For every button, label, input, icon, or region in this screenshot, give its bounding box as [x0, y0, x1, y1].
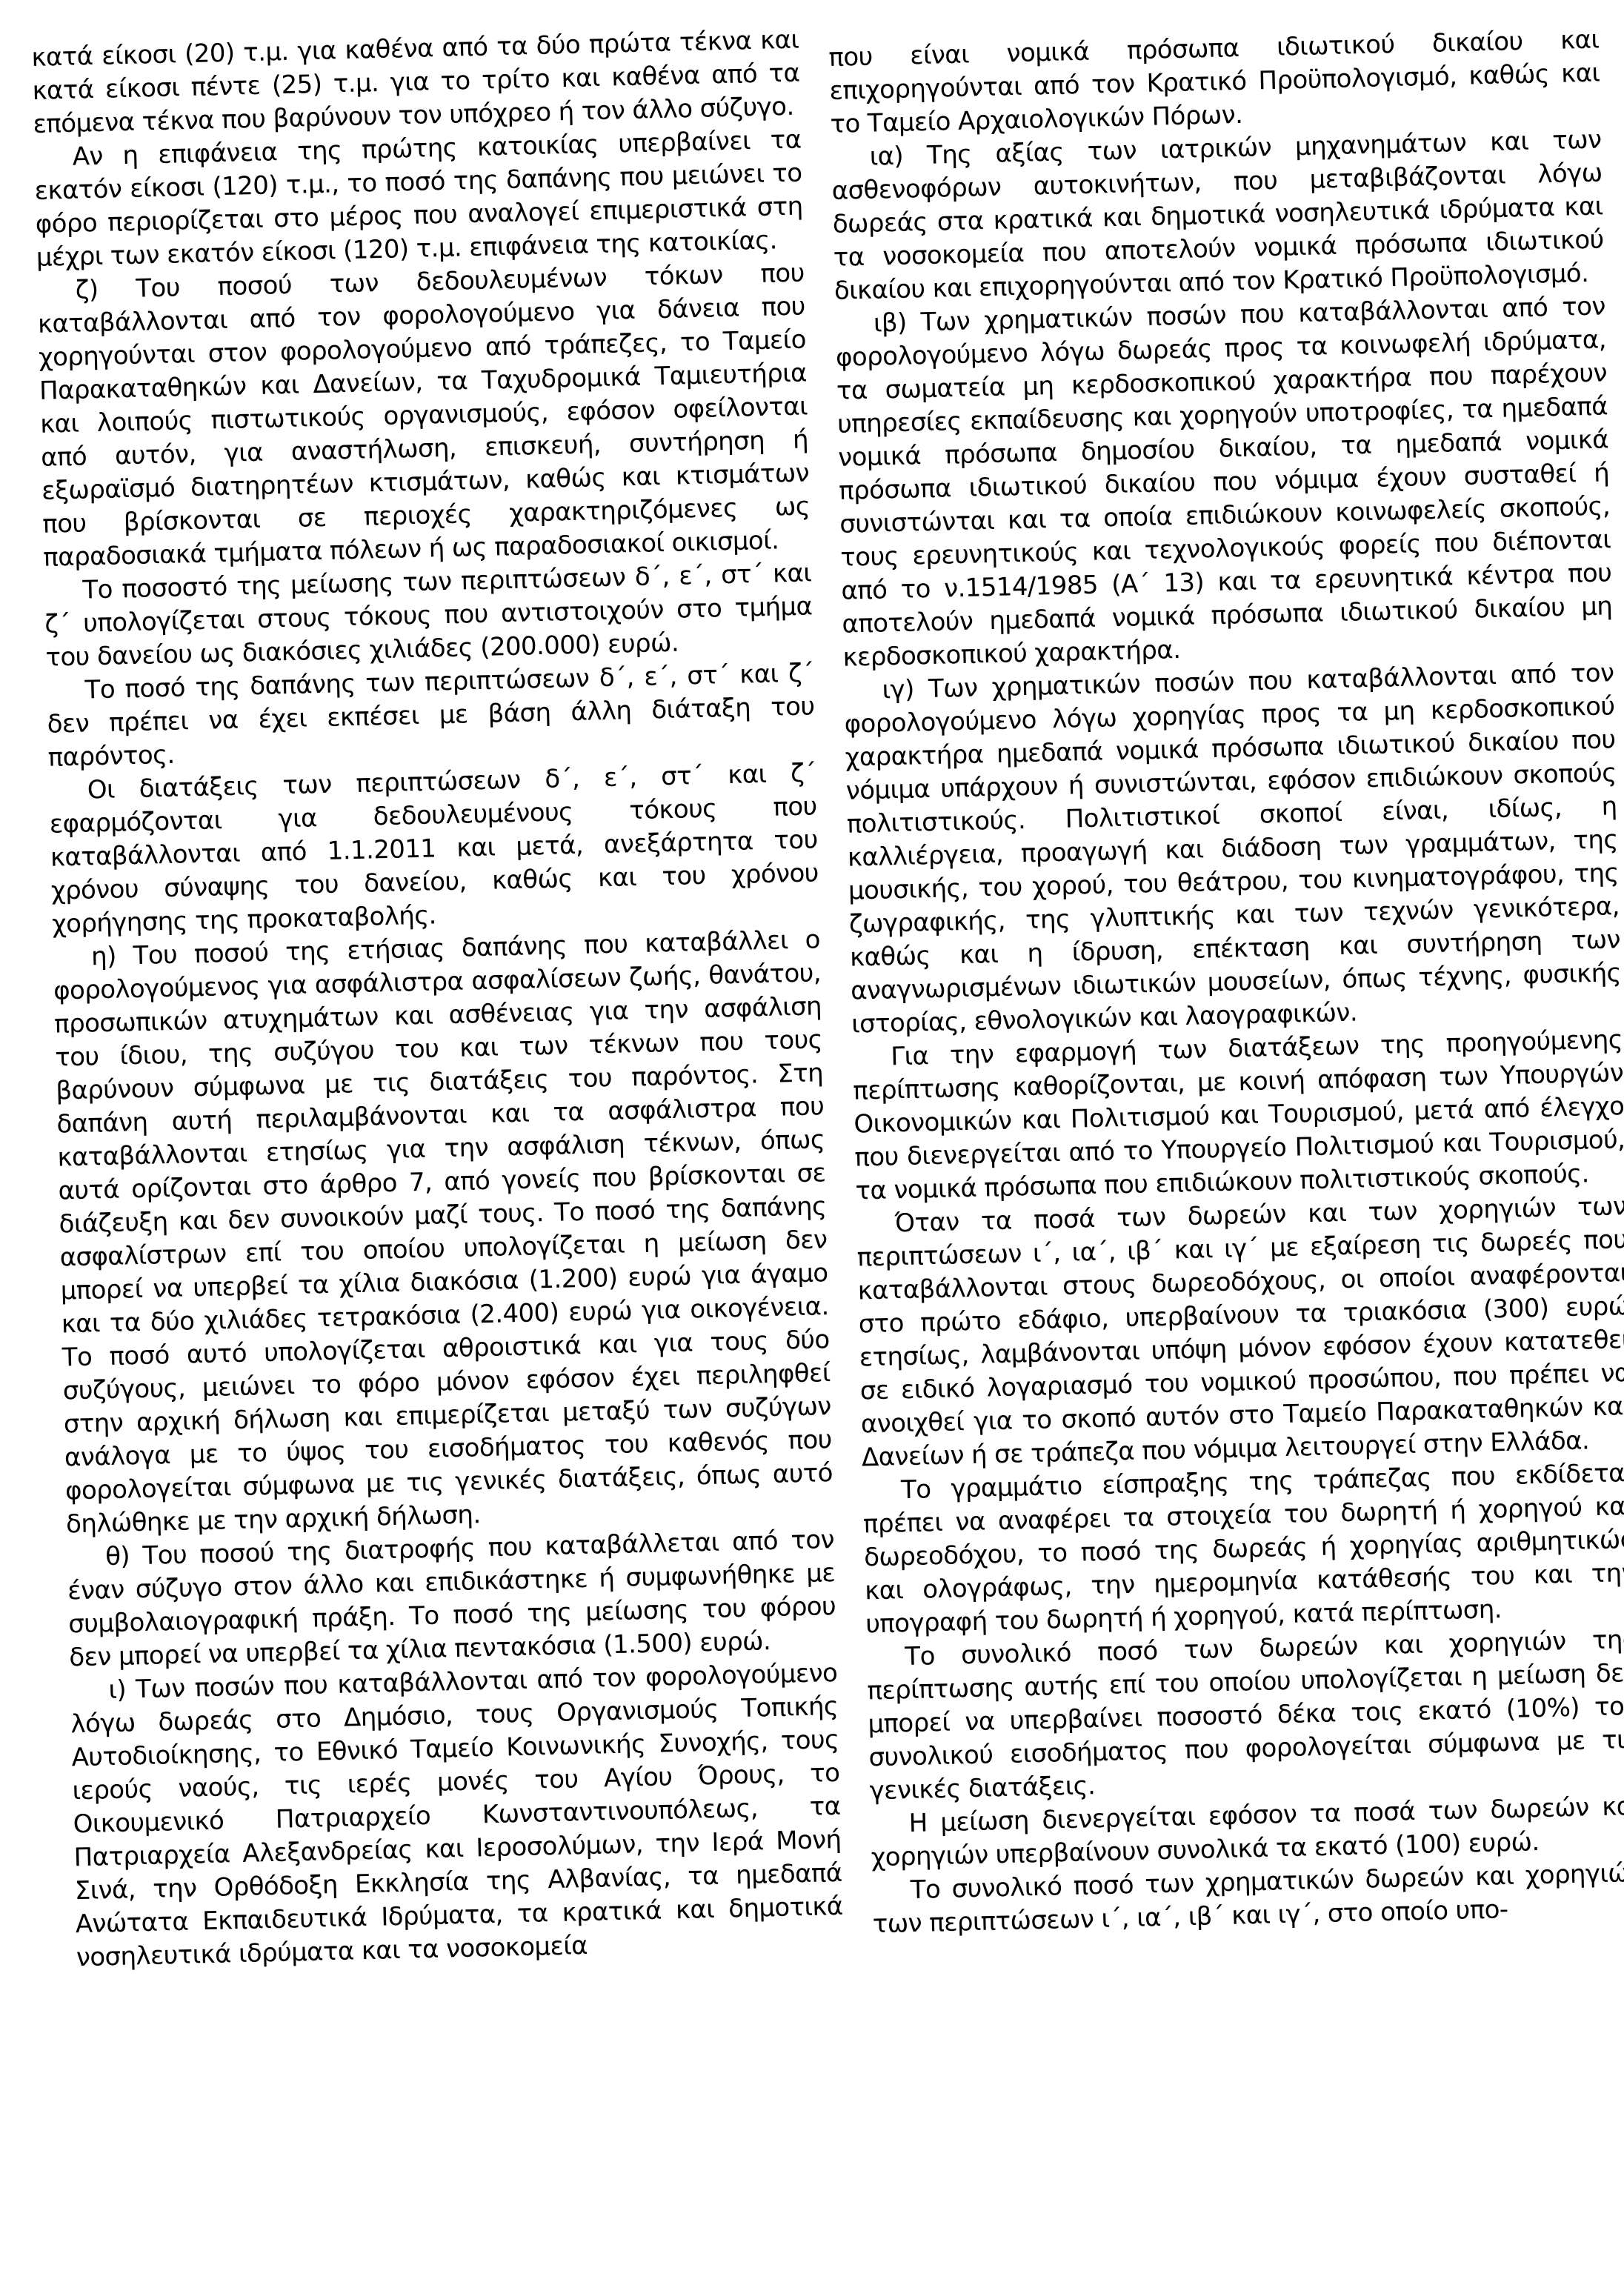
paragraph: που είναι νομικά πρόσωπα ιδιωτικού δικαί…: [828, 23, 1601, 141]
paragraph: θ) Του ποσού της διατροφής που καταβάλλε…: [67, 1523, 837, 1674]
paragraph: Το ποσό της δαπάνης των περιπτώσεων δ΄, …: [46, 656, 816, 774]
paragraph: ι) Των ποσών που καταβάλλονται από τον φ…: [70, 1657, 844, 1975]
paragraph: Για την εφαρμογή των διατάξεων της προηγ…: [852, 1023, 1624, 1208]
paragraph: Αν η επιφάνεια της πρώτης κατοικίας υπερ…: [33, 124, 804, 275]
scanned-page: κατά είκοσι (20) τ.μ. για καθένα από τα …: [0, 0, 1624, 2285]
paragraph: Οι διατάξεις των περιπτώσεων δ΄, ε΄, στ΄…: [48, 756, 819, 941]
paragraph: Όταν τα ποσά των δωρεών και των χορηγιών…: [856, 1190, 1624, 1474]
paragraph: Το ποσοστό της μείωσης των περιπτώσεων δ…: [44, 556, 813, 674]
paragraph: ιβ) Των χρηματικών ποσών που καταβάλλοντ…: [834, 290, 1613, 674]
text-column-right: που είναι νομικά πρόσωπα ιδιωτικού δικαί…: [828, 23, 1624, 1941]
paragraph: κατά είκοσι (20) τ.μ. για καθένα από τα …: [31, 24, 801, 142]
paragraph: Το γραμμάτιο είσπραξης της τράπεζας που …: [862, 1457, 1624, 1641]
text-column-left: κατά είκοσι (20) τ.μ. για καθένα από τα …: [31, 24, 844, 1975]
paragraph: η) Του ποσού της ετήσιας δαπάνης που κατ…: [53, 923, 834, 1541]
paragraph: ιγ) Των χρηματικών ποσών που καταβάλλοντ…: [843, 656, 1622, 1041]
paragraph: ζ) Του ποσού των δεδουλευμένων τόκων που…: [36, 257, 811, 575]
paragraph: Το συνολικό ποσό των δωρεών και χορηγιών…: [866, 1623, 1624, 1808]
paragraph: ια) Της αξίας των ιατρικών μηχανημάτων κ…: [831, 123, 1605, 307]
